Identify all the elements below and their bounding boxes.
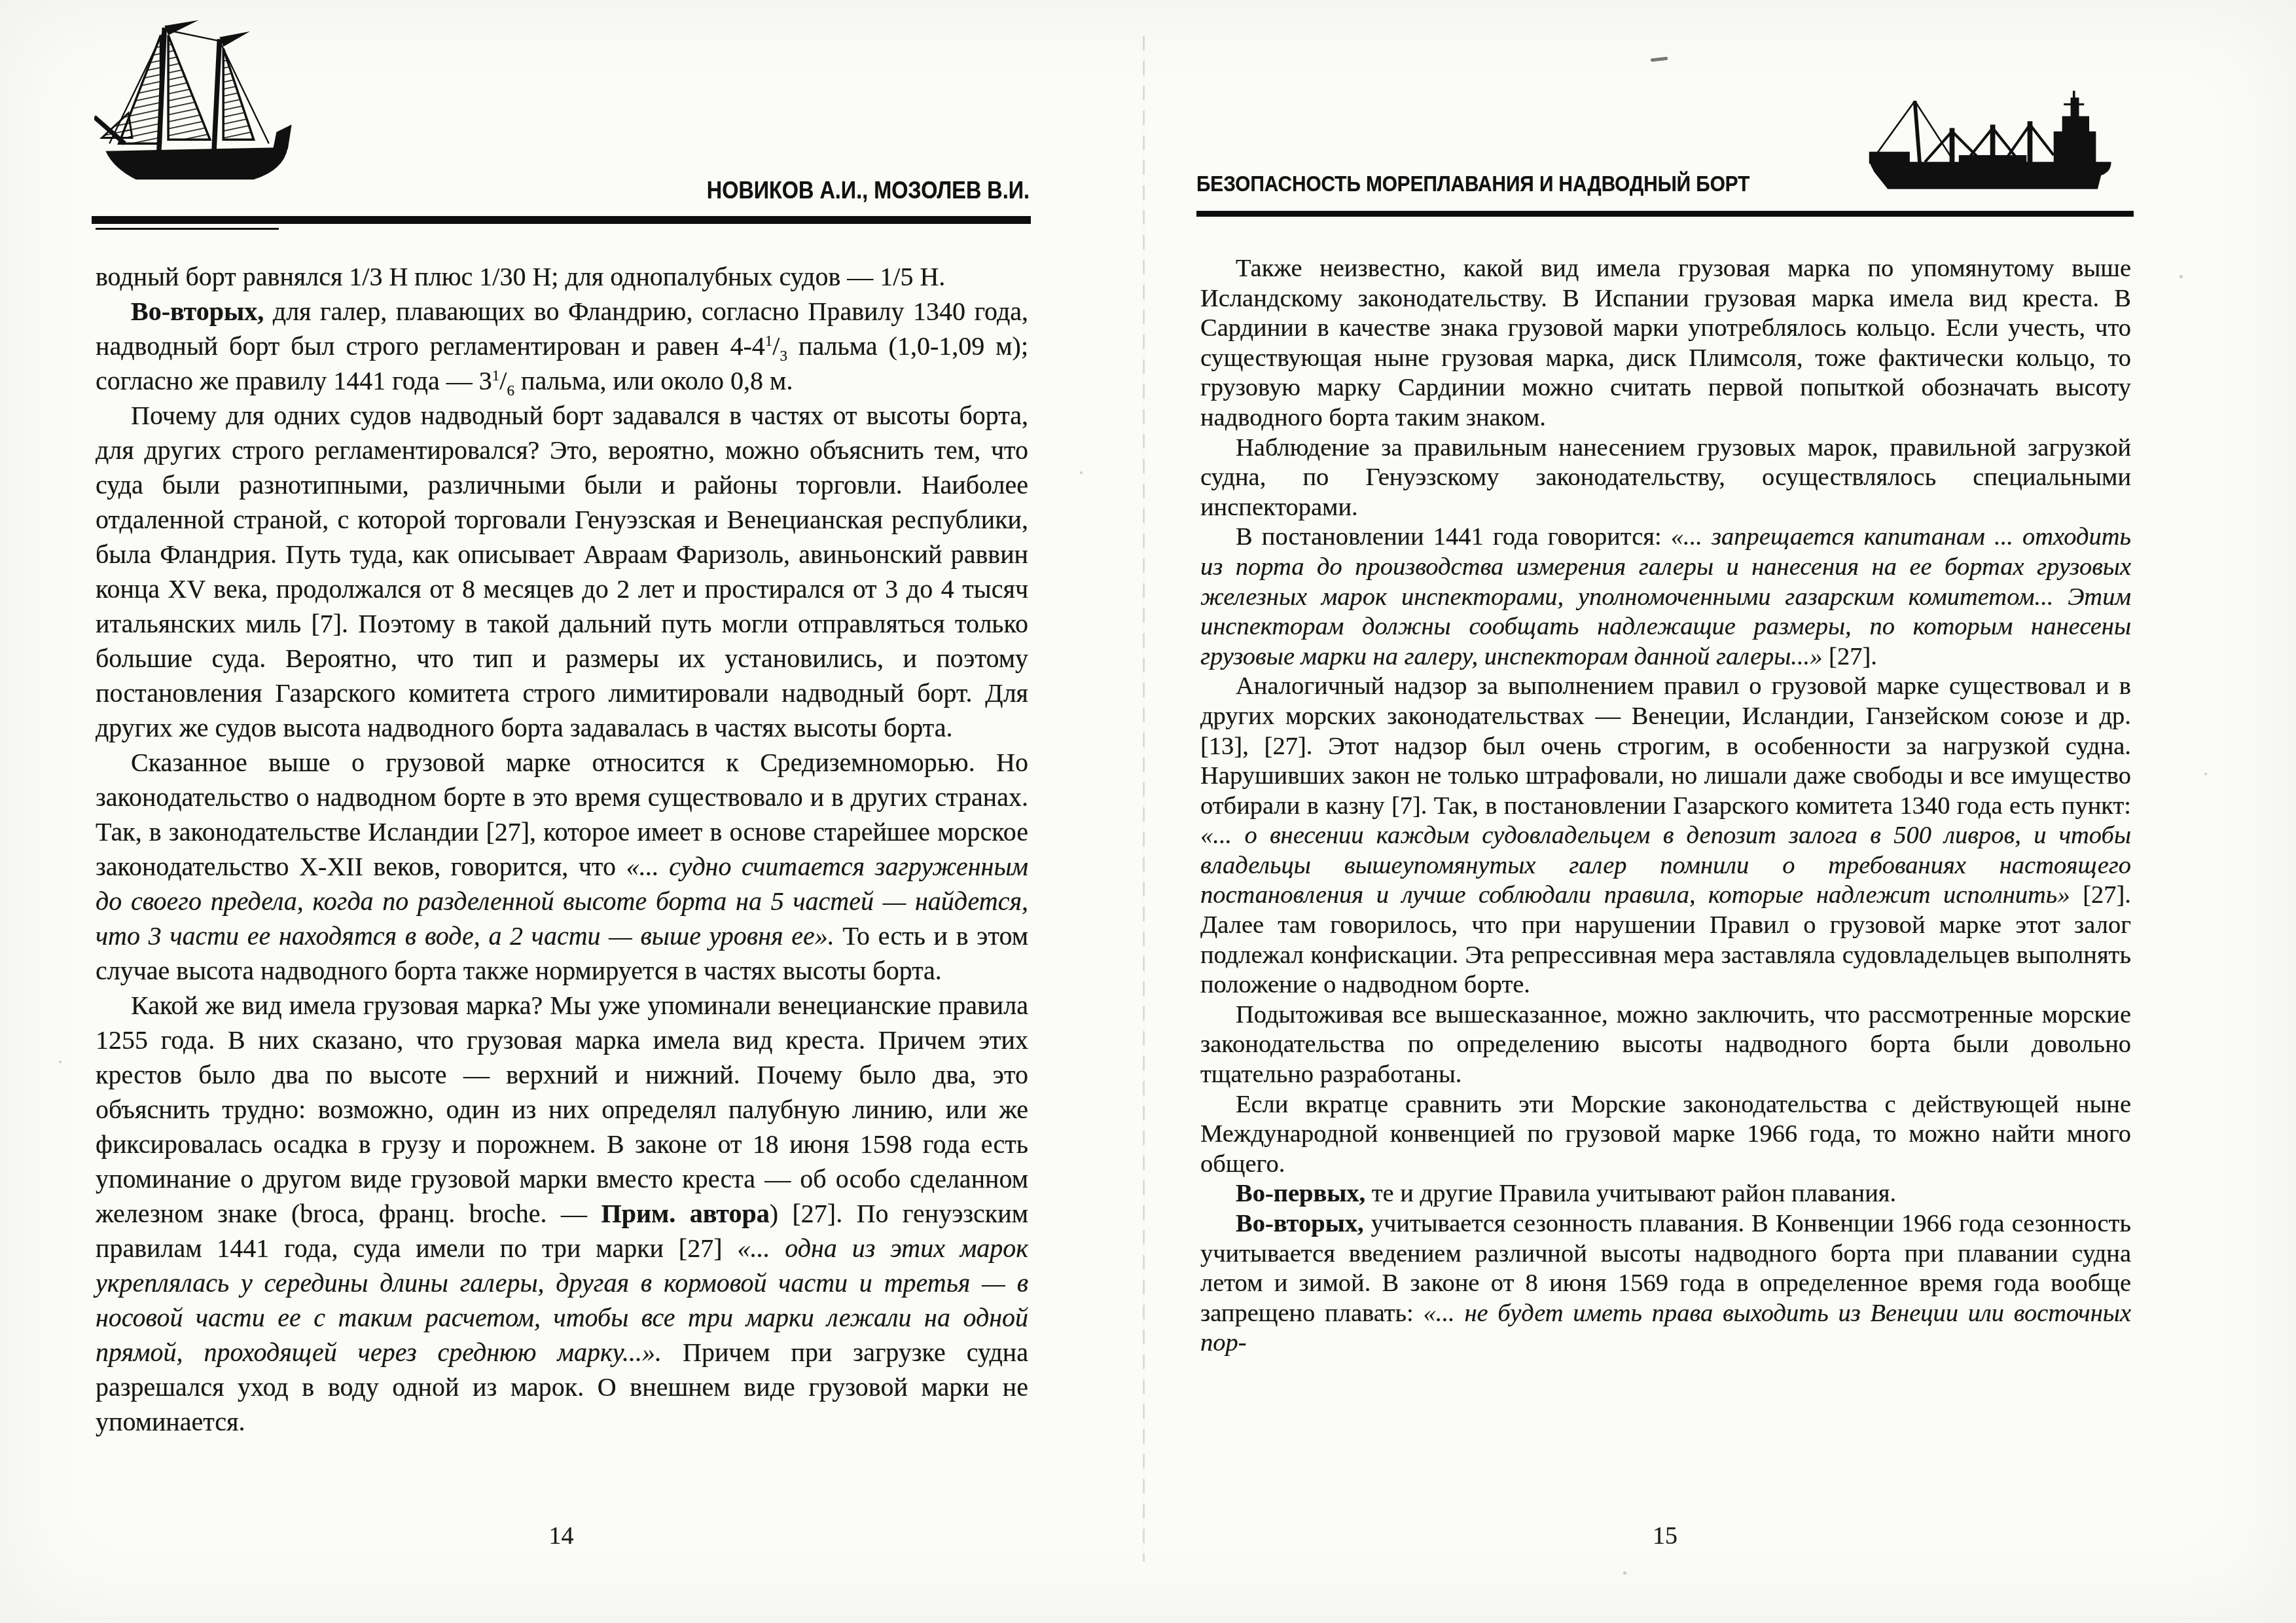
paragraph: Сказанное выше о грузовой марке относитс…	[96, 745, 1028, 988]
text-run: 3	[780, 348, 787, 365]
text-run: /	[499, 366, 507, 395]
paragraph: Также неизвестно, какой вид имела грузов…	[1200, 254, 2131, 433]
text-run: /	[772, 331, 780, 361]
paragraph: В постановлении 1441 года говорится: «..…	[1200, 522, 2131, 672]
text-run: В постановлении 1441 года говорится:	[1236, 523, 1671, 551]
header-rule-thin	[96, 228, 279, 230]
right-page: БЕЗОПАСНОСТЬ МОРЕПЛАВАНИЯ И НАДВОДНЫЙ БО…	[1196, 20, 2134, 1584]
text-run: Почему для одних судов надводный борт за…	[96, 401, 1028, 742]
paragraph: водный борт равнялся 1/3 Н плюс 1/30 Н; …	[96, 259, 1028, 294]
text-run: Подытоживая все вышесказанное, можно зак…	[1200, 1001, 2131, 1088]
page-header-author-text: НОВИКОВ А.И., МОЗОЛЕВ В.И.	[707, 177, 1030, 204]
text-run: Наблюдение за правильным нанесением груз…	[1200, 434, 2131, 521]
scan-speck	[59, 1061, 62, 1063]
text-run: те и другие Правила учитывают район плав…	[1365, 1180, 1896, 1207]
paragraph: Подытоживая все вышесказанное, можно зак…	[1200, 1000, 2131, 1090]
paragraph: Наблюдение за правильным нанесением груз…	[1200, 433, 2131, 523]
header-rule	[92, 216, 1031, 224]
text-run: пальма, или около 0,8 м.	[514, 366, 793, 395]
sailing-ship-icon	[94, 17, 322, 219]
text-run: 6	[507, 382, 514, 399]
text-run: Прим. автора	[601, 1199, 770, 1228]
page-header-title: БЕЗОПАСНОСТЬ МОРЕПЛАВАНИЯ И НАДВОДНЫЙ БО…	[1196, 172, 1811, 196]
text-run: 1	[765, 333, 773, 350]
scanned-book-spread: { "colors": { "paper": "#fbfbf8", "ink":…	[0, 0, 2296, 1623]
text-run: Во-вторых,	[1236, 1210, 1364, 1237]
text-run: Во-вторых,	[131, 297, 264, 326]
paragraph: Почему для одних судов надводный борт за…	[96, 398, 1028, 745]
header-rule	[1196, 211, 2134, 217]
text-run: «... о внесении каждым судовладельцем в …	[1200, 822, 2131, 909]
text-run: Аналогичный надзор за выполнением правил…	[1200, 672, 2131, 819]
paragraph: Во-вторых, учитывается сезонность плаван…	[1200, 1209, 2131, 1359]
right-page-body: Также неизвестно, какой вид имела грузов…	[1200, 254, 2131, 1359]
page-header-title-text: БЕЗОПАСНОСТЬ МОРЕПЛАВАНИЯ И НАДВОДНЫЙ БО…	[1196, 172, 1749, 196]
text-run: 1	[492, 367, 500, 384]
left-page: НОВИКОВ А.И., МОЗОЛЕВ В.И. водный борт р…	[92, 20, 1031, 1584]
text-run: Если вкратце сравнить эти Морские законо…	[1200, 1091, 2131, 1178]
paragraph: Аналогичный надзор за выполнением правил…	[1200, 672, 2131, 1000]
scan-speck	[2179, 275, 2183, 278]
paragraph: Во-первых, те и другие Правила учитывают…	[1200, 1179, 2131, 1209]
page-number: 15	[1196, 1522, 2134, 1550]
cargo-ship-icon	[1864, 82, 2118, 211]
text-run: Также неизвестно, какой вид имела грузов…	[1200, 255, 2131, 431]
paragraph: Если вкратце сравнить эти Морские законо…	[1200, 1090, 2131, 1180]
text-run: [27].	[1822, 643, 1876, 670]
page-number: 14	[92, 1522, 1031, 1550]
paragraph: Какой же вид имела грузовая марка? Мы уж…	[96, 988, 1028, 1439]
text-run: водный борт равнялся 1/3 Н плюс 1/30 Н; …	[96, 262, 945, 291]
left-page-body: водный борт равнялся 1/3 Н плюс 1/30 Н; …	[96, 259, 1028, 1439]
text-run: Во-первых,	[1236, 1180, 1365, 1207]
paragraph: Во-вторых, для галер, плавающих во Фланд…	[96, 294, 1028, 398]
scan-speck	[2204, 773, 2207, 775]
scan-background: НОВИКОВ А.И., МОЗОЛЕВ В.И. водный борт р…	[0, 0, 2296, 1623]
page-header-author: НОВИКОВ А.И., МОЗОЛЕВ В.И.	[671, 177, 1030, 204]
text-run: Какой же вид имела грузовая марка? Мы уж…	[96, 991, 1028, 1228]
gutter-fold-line	[1143, 36, 1145, 1561]
scan-speck	[1080, 471, 1083, 474]
